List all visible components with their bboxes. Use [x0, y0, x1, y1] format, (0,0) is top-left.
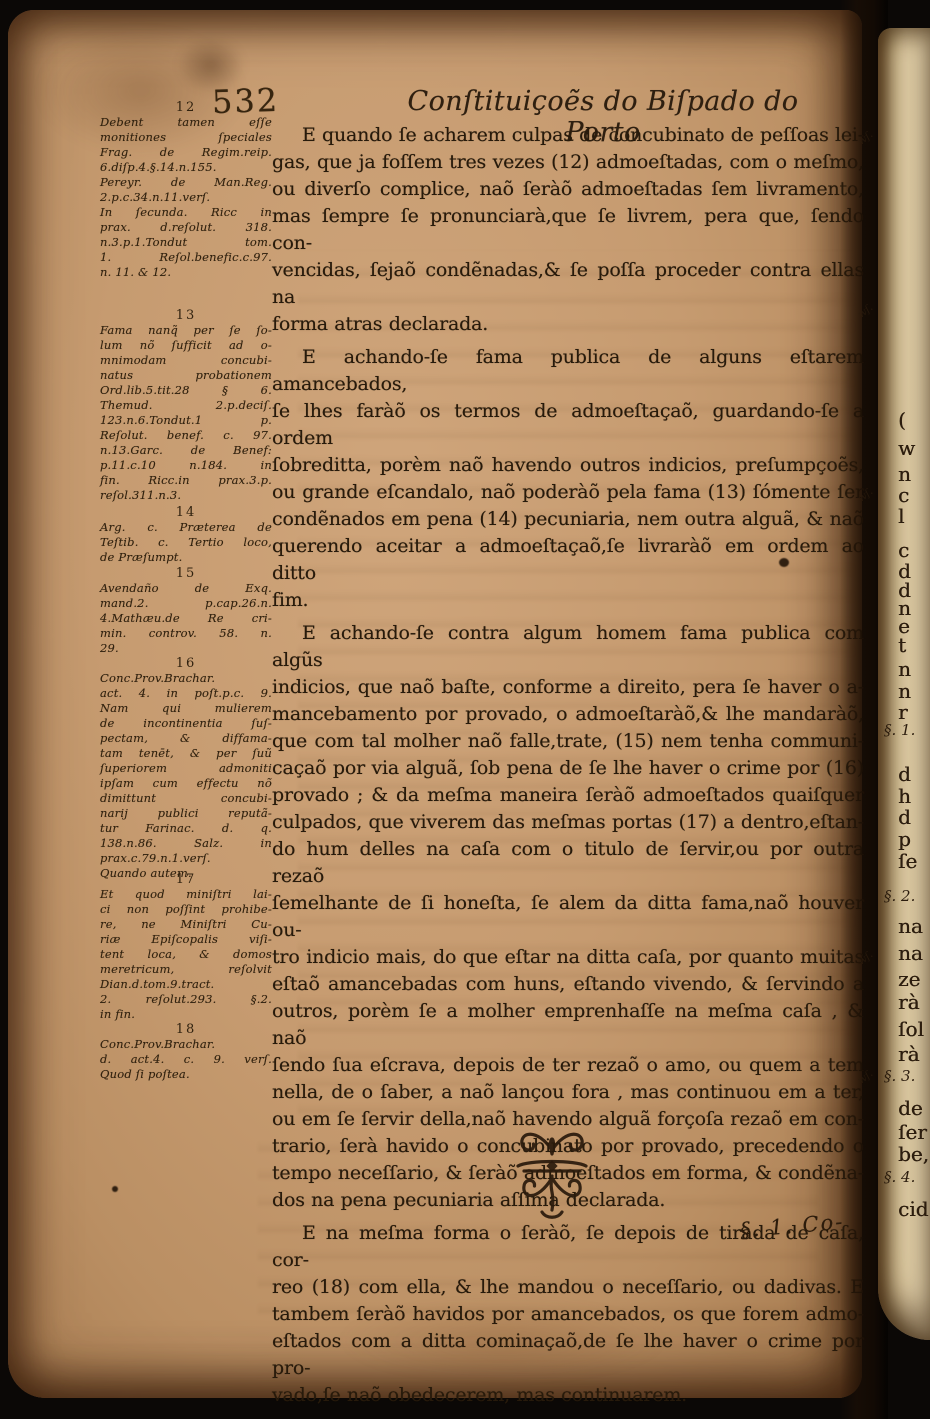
margin-note-line: riæ Epiſcopalis viſi-	[100, 932, 272, 947]
body-text-line: ſobreditta, porèm naõ havendo outros ind…	[272, 452, 864, 479]
book-scan-screenshot: { "colors": { "page_bg": "#c69b70", "ink…	[0, 0, 930, 1419]
margin-note-line: Fama nanq̃ per ſe ſo-	[100, 323, 272, 338]
facing-page-edge	[878, 28, 930, 1340]
margin-note-line: Arg. c. Præterea de	[100, 520, 272, 535]
body-text-line: ſe lhes faràõ os termos de admoeſtaçaõ, …	[272, 398, 864, 452]
margin-note-line: prax. d.reſolut. 318.	[100, 220, 272, 235]
body-text-line: E quando ſe acharem culpas de concubinat…	[272, 122, 864, 149]
margin-note-line: lum nõ ſufficit ad o-	[100, 338, 272, 353]
body-text-line: E achando-ſe fama publica de alguns eſta…	[272, 344, 864, 398]
margin-note-line: Ord.lib.5.tit.28 § 6.	[100, 383, 272, 398]
margin-note-line: fin. Ricc.in prax.3.p.	[100, 473, 272, 488]
body-text-line: culpados, que viverem das meſmas portas …	[272, 809, 864, 836]
margin-note-line: 6.diſp.4.§.14.n.155.	[100, 160, 272, 175]
body-text-line: querendo aceitar a admoeſtaçaõ,ſe livrar…	[272, 533, 864, 587]
body-text-line: ou diverſo complice, naõ ſeràõ admoeſtad…	[272, 176, 864, 203]
margin-note: 16Conc.Prov.Brachar.act. 4. in poſt.p.c.…	[100, 656, 272, 881]
margin-note-number: 18	[100, 1022, 272, 1037]
body-text-line: fim.	[272, 587, 864, 614]
margin-note-line: meretricum, reſolvit	[100, 962, 272, 977]
margin-note-line: n.13.Garc. de Benef:	[100, 443, 272, 458]
margin-note-line: n. 11. & 12.	[100, 265, 272, 280]
margin-note-line: n.3.p.1.Tondut tom.	[100, 235, 272, 250]
fleuron-ornament	[506, 1124, 598, 1224]
margin-note-line: tam tenēt, & per ſuũ	[100, 746, 272, 761]
margin-note-number: 15	[100, 566, 272, 581]
body-text-line: forma atras declarada.	[272, 311, 864, 338]
body-text-line: reo (18) com ella, & lhe mandou o neceſſ…	[272, 1274, 864, 1301]
body-text-line: caçaõ por via alguã, ſob pena de ſe lhe …	[272, 755, 864, 782]
margin-note-line: Themud. 2.p.deciſ.	[100, 398, 272, 413]
margin-note-line: Avendaño de Exq.	[100, 581, 272, 596]
margin-note-line: mnimodam concubi-	[100, 353, 272, 368]
body-paragraph: E quando ſe acharem culpas de concubinat…	[272, 122, 864, 338]
margin-note-line: Conc.Prov.Brachar.	[100, 1037, 272, 1052]
body-text-line: mas ſempre ſe pronunciarà,que ſe livrem,…	[272, 203, 864, 257]
margin-note-line: 123.n.6.Tondut.1 p.	[100, 413, 272, 428]
book-page: 532 Conſtituiçoẽs do Biſpado do Porto 12…	[8, 10, 862, 1398]
body-text-line: vencidas, ſejaõ condẽnadas,& ſe poſſa pr…	[272, 257, 864, 311]
body-text-line: condẽnados em pena (14) pecuniaria, nem …	[272, 506, 864, 533]
margin-note-line: natus probationem	[100, 368, 272, 383]
margin-note-line: Frag. de Regim.reip.	[100, 145, 272, 160]
body-text-line: eſtaõ amancebadas com huns, eſtando vive…	[272, 971, 864, 998]
margin-note-line: narij publici reputã-	[100, 806, 272, 821]
margin-note-number: 17	[100, 872, 272, 887]
body-text-line: E achando-ſe contra algum homem fama pub…	[272, 620, 864, 674]
margin-note-line: dimittunt concubi-	[100, 791, 272, 806]
body-text-line: do hum delles na caſa com o titulo de ſe…	[272, 836, 864, 890]
body-text-line: tro indicio mais, do que eſtar na ditta …	[272, 944, 864, 971]
body-text-line: vado,ſe naõ obedecerem, mas continuarem.	[272, 1382, 864, 1409]
margin-note-line: Pereyr. de Man.Reg.	[100, 175, 272, 190]
margin-note-line: 138.n.86. Salz. in	[100, 836, 272, 851]
margin-note-number: 14	[100, 505, 272, 520]
margin-note-line: monitiones ſpeciales	[100, 130, 272, 145]
margin-note: 13Fama nanq̃ per ſe ſo-lum nõ ſufficit a…	[100, 308, 272, 503]
margin-note-line: Teſtib. c. Tertio loco,	[100, 535, 272, 550]
body-text-line: provado ; & da meſma maneira ſeràõ admoe…	[272, 782, 864, 809]
body-text-line: que com tal molher naõ falle,trate, (15)…	[272, 728, 864, 755]
body-text-line: outros, porèm ſe a molher emprenhaſſe na…	[272, 998, 864, 1052]
margin-note-line: ipſam cum effectu nõ	[100, 776, 272, 791]
margin-note-line: Et quod miniſtri lai-	[100, 887, 272, 902]
margin-note-line: Reſolut. benef. c. 97.	[100, 428, 272, 443]
margin-note-line: Nam qui mulierem	[100, 701, 272, 716]
margin-note-line: p.11.c.10 n.184. in	[100, 458, 272, 473]
body-paragraph: E na meſma forma o ſeràõ, ſe depois de t…	[272, 1220, 864, 1409]
margin-note-line: In ſecunda. Ricc in	[100, 205, 272, 220]
margin-note-line: prax.c.79.n.1.verſ.	[100, 851, 272, 866]
margin-note-line: in fin.	[100, 1007, 272, 1022]
margin-note-line: min. controv. 58. n.	[100, 626, 272, 641]
margin-note-line: ſuperiorem admoniti	[100, 761, 272, 776]
margin-note-line: 29.	[100, 641, 272, 656]
margin-note-number: 12	[100, 100, 272, 115]
margin-note-line: de Præſumpt.	[100, 550, 272, 565]
body-text-line: eſtados com a ditta cominaçaõ,de ſe lhe …	[272, 1328, 864, 1382]
body-text-line: ſendo ſua eſcrava, depois de ter rezaõ o…	[272, 1052, 864, 1079]
margin-note-line: act. 4. in poſt.p.c. 9.	[100, 686, 272, 701]
margin-note: 18Conc.Prov.Brachar.d. act.4. c. 9. verſ…	[100, 1022, 272, 1082]
margin-note-line: 4.Mathæu.de Re cri-	[100, 611, 272, 626]
margin-note-number: 16	[100, 656, 272, 671]
margin-note-line: Dian.d.tom.9.tract.	[100, 977, 272, 992]
margin-note-line: Debent tamen eſſe	[100, 115, 272, 130]
margin-note-line: reſol.311.n.3.	[100, 488, 272, 503]
margin-note-line: 2. reſolut.293. §.2.	[100, 992, 272, 1007]
body-text-line: tambem ſeràõ havidos por amancebados, os…	[272, 1301, 864, 1328]
body-text-line: mancebamento por provado, o admoeſtaràõ,…	[272, 701, 864, 728]
body-text-line: ou grande eſcandalo, naõ poderàõ pela fa…	[272, 479, 864, 506]
margin-note: 15Avendaño de Exq.mand.2. p.cap.26.n.4.M…	[100, 566, 272, 656]
body-text-line: ſemelhante de ſi honeſta, ſe alem da dit…	[272, 890, 864, 944]
margin-note-line: d. act.4. c. 9. verſ.	[100, 1052, 272, 1067]
margin-note-line: Conc.Prov.Brachar.	[100, 671, 272, 686]
margin-note-line: mand.2. p.cap.26.n.	[100, 596, 272, 611]
margin-note-line: de incontinentia ſuſ-	[100, 716, 272, 731]
margin-note-line: ci non poſſint prohibe-	[100, 902, 272, 917]
body-text-line: gas, que ja foſſem tres vezes (12) admoe…	[272, 149, 864, 176]
margin-note-number: 13	[100, 308, 272, 323]
body-text-line: nella, de o ſaber, a naõ lançou fora , m…	[272, 1079, 864, 1106]
body-text-line: indicios, que naõ baſte, conforme a dire…	[272, 674, 864, 701]
margin-note-line: tur Farinac. d. q.	[100, 821, 272, 836]
ink-dot	[112, 1186, 118, 1192]
margin-note-line: tent loca, & domos	[100, 947, 272, 962]
margin-note-line: 2.p.c.34.n.11.verſ.	[100, 190, 272, 205]
body-paragraph: E achando-ſe fama publica de alguns eſta…	[272, 344, 864, 614]
margin-note-line: Quod ſi poſtea.	[100, 1067, 272, 1082]
margin-note-line: 1. Reſol.benefic.c.97.	[100, 250, 272, 265]
margin-note: 12Debent tamen eſſemonitiones ſpecialesF…	[100, 100, 272, 280]
margin-note-line: pectam, & diffama-	[100, 731, 272, 746]
margin-note: 17Et quod miniſtri lai-ci non poſſint pr…	[100, 872, 272, 1022]
margin-note: 14Arg. c. Præterea deTeſtib. c. Tertio l…	[100, 505, 272, 565]
margin-note-line: re, ne Miniſtri Cu-	[100, 917, 272, 932]
